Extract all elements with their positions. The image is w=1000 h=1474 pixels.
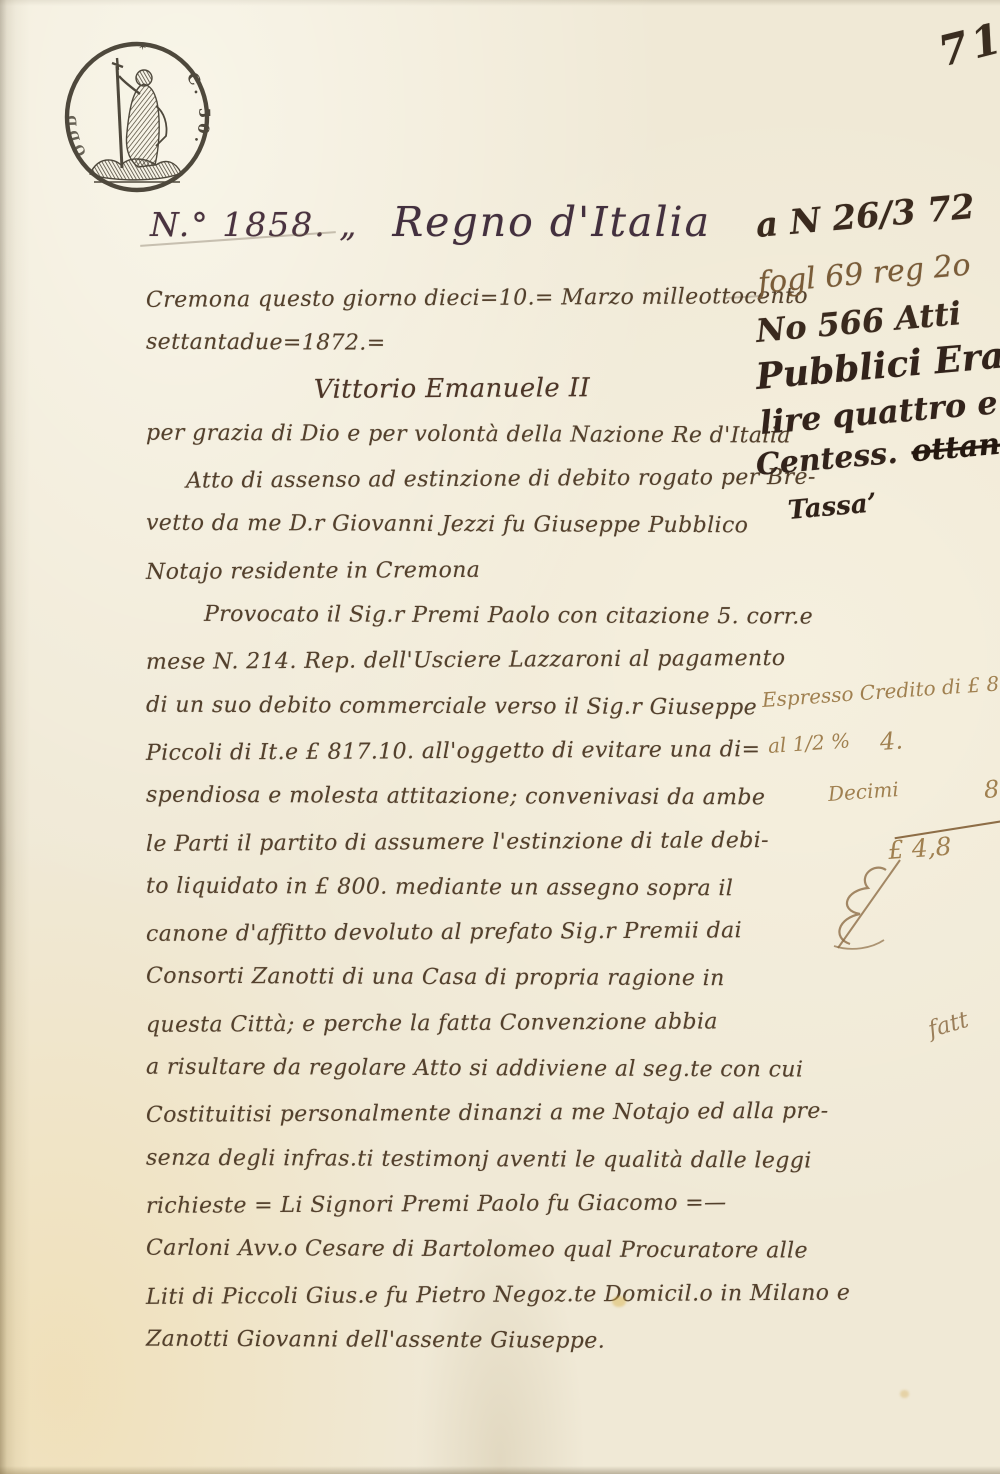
margin-note-tassa: Tassa’ bbox=[787, 488, 878, 526]
paper-stain bbox=[612, 1296, 626, 1307]
document-title: Regno d'Italia bbox=[392, 198, 711, 246]
text-line: Piccoli di It.e £ 817.10. all'oggetto di… bbox=[146, 727, 758, 776]
text-line: Cremona questo giorno dieci=10.= Marzo m… bbox=[146, 274, 758, 323]
text-line: Provocato il Sig.r Premi Paolo con citaz… bbox=[146, 592, 758, 640]
text-line: spendiosa e molesta attitazione; conveni… bbox=[146, 773, 758, 821]
text-line: di un suo debito commerciale verso il Si… bbox=[146, 682, 758, 730]
text-line: Notajo residente in Cremona bbox=[146, 546, 758, 595]
calc-rate-label: al 1/2 % bbox=[767, 728, 851, 758]
text-line: mese N. 214. Rep. dell'Usciere Lazzaroni… bbox=[146, 637, 758, 686]
text-line: canone d'affitto devoluto al prefato Sig… bbox=[146, 908, 758, 957]
page-number: 717 bbox=[934, 5, 1000, 77]
margin-note: fogl 69 reg 2o bbox=[756, 247, 971, 300]
text-line: questa Città; e perche la fatta Convenzi… bbox=[146, 999, 758, 1048]
text-line: Consorti Zanotti di una Casa di propria … bbox=[146, 954, 758, 1002]
text-line: Costituitisi personalmente dinanzi a me … bbox=[146, 1089, 758, 1138]
calc-credit-line: Espresso Credito di £ 800 bbox=[761, 670, 1000, 712]
stamp-arc-left-text: ODD bbox=[65, 112, 90, 158]
struck-word: ottant bbox=[910, 426, 1000, 470]
pen-flourish bbox=[828, 856, 914, 956]
text-line: settantadue=1872.= bbox=[146, 320, 758, 368]
text-line: to liquidato in £ 800. mediante un asseg… bbox=[146, 864, 758, 912]
text-line: Zanotti Giovanni dell'assente Giuseppe. bbox=[146, 1316, 758, 1364]
text-line: per grazia di Dio e per volontà della Na… bbox=[146, 411, 758, 459]
text-line: a risultare da regolare Atto si addivien… bbox=[146, 1045, 758, 1093]
calc-decimi-value: 8 bbox=[983, 775, 1000, 804]
centesimi-label: Centess. bbox=[754, 436, 898, 483]
text-line: vetto da me D.r Giovanni Jezzi fu Giusep… bbox=[146, 501, 758, 549]
document-page: 717 ✶ C. bbox=[0, 0, 1000, 1474]
text-line: richieste = Li Signori Premi Paolo fu Gi… bbox=[146, 1180, 758, 1229]
margin-registration-notes: a N 26/3 72 fogl 69 reg 2o No 566 Atti P… bbox=[756, 206, 1000, 546]
stamp-denomination: C. 50. bbox=[183, 69, 214, 150]
star-icon: ✶ bbox=[138, 40, 147, 53]
text-line: Atto di assenso ad estinzione di debito … bbox=[146, 455, 758, 504]
svg-text:C. 50.: C. 50. bbox=[183, 69, 214, 150]
revenue-stamp: ✶ C. 50. ODD bbox=[60, 36, 214, 200]
text-line: Carloni Avv.o Cesare di Bartolomeo qual … bbox=[146, 1226, 758, 1274]
body-text: Cremona questo giorno dieci=10.= Marzo m… bbox=[146, 276, 758, 1363]
text-line: le Parti il partito di assumere l'estinz… bbox=[146, 818, 758, 867]
margin-note: a N 26/3 72 bbox=[754, 187, 976, 246]
paper-stain bbox=[900, 1390, 909, 1398]
text-line: senza degli infras.ti testimonj aventi l… bbox=[146, 1135, 758, 1183]
marginal-note-word: fatt bbox=[925, 1007, 971, 1043]
text-line: Vittorio Emanuele II bbox=[146, 365, 758, 414]
staff bbox=[117, 66, 122, 168]
calc-decimi-label: Decimi bbox=[827, 777, 899, 806]
calc-rate-value: 4. bbox=[879, 726, 904, 756]
text-line: Liti di Piccoli Gius.e fu Pietro Negoz.t… bbox=[146, 1271, 758, 1320]
svg-text:ODD: ODD bbox=[65, 112, 90, 158]
allegorical-figure bbox=[90, 70, 181, 182]
